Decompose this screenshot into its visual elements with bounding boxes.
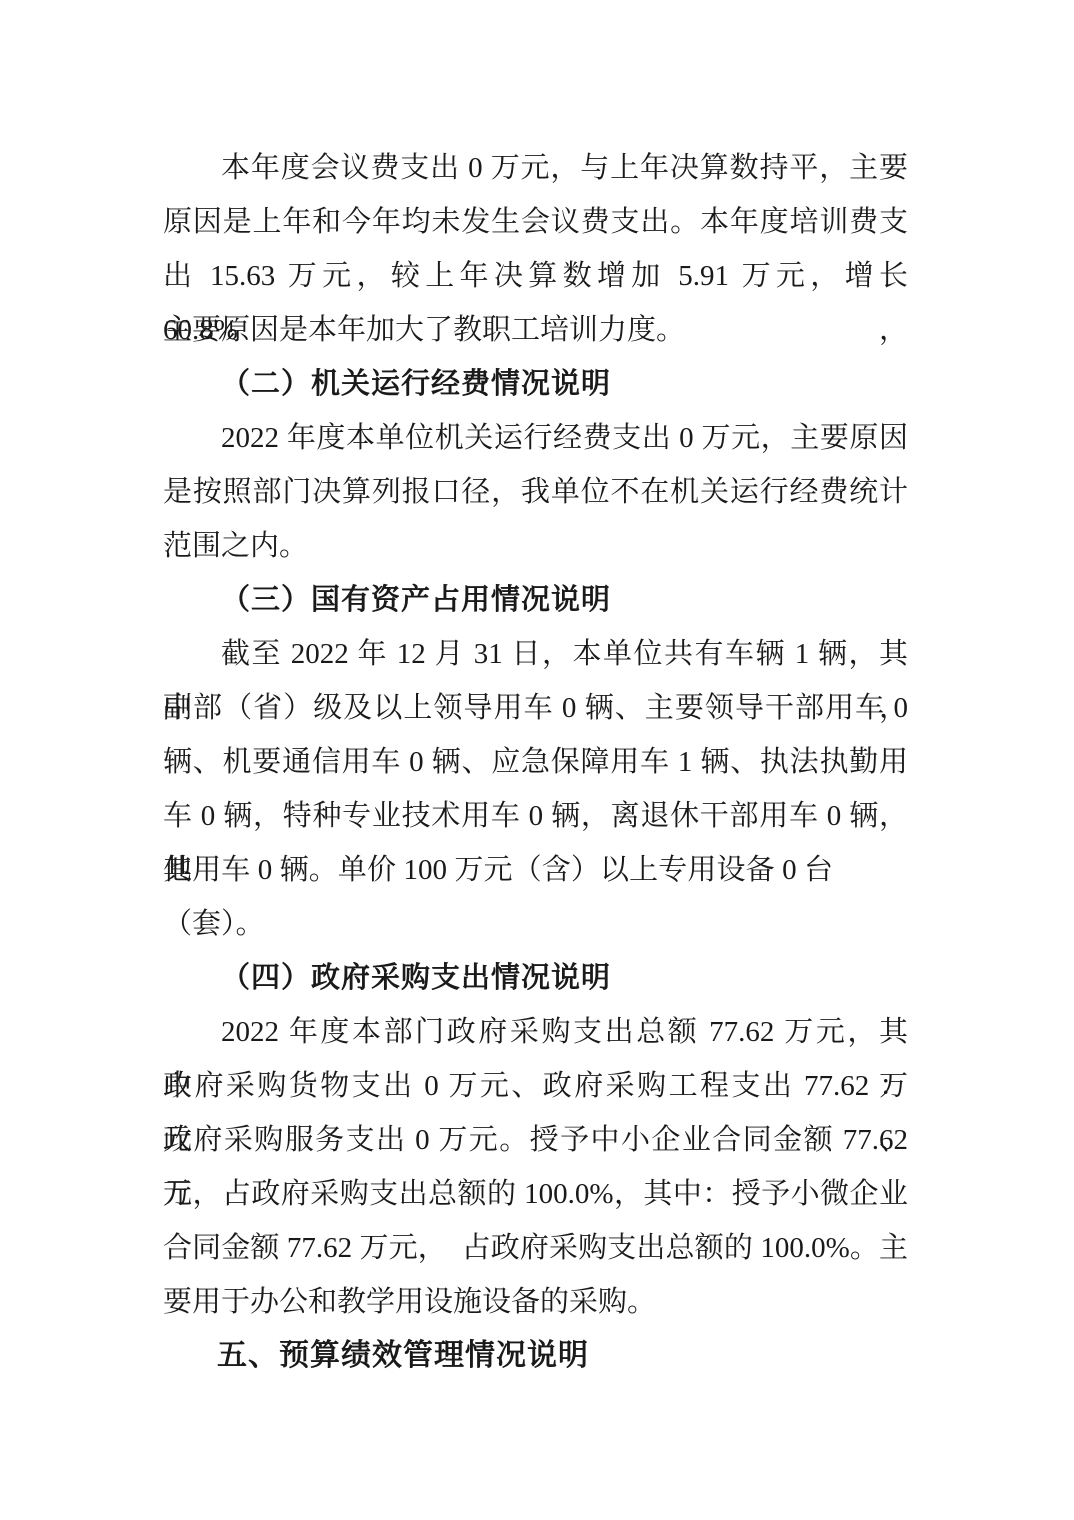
body-line: 本年度会议费支出 0 万元，与上年决算数持平，主要 <box>163 141 908 195</box>
body-line: 原因是上年和今年均未发生会议费支出。本年度培训费支 <box>163 195 908 249</box>
body-line: 政府采购货物支出 0 万元、政府采购工程支出 77.62 万元、 <box>163 1059 908 1113</box>
heading-chapter-5: 五、预算绩效管理情况说明 <box>163 1329 908 1383</box>
body-line: 车 0 辆，特种专业技术用车 0 辆，离退休干部用车 0 辆，其 <box>163 789 908 843</box>
heading-section-3: （三）国有资产占用情况说明 <box>163 573 908 627</box>
body-line: 2022 年度本部门政府采购支出总额 77.62 万元，其中： <box>163 1005 908 1059</box>
body-line: 合同金额 77.62 万元， 占政府采购支出总额的 100.0%。主 <box>163 1221 908 1275</box>
body-line: 副部（省）级及以上领导用车 0 辆、主要领导干部用车 0 <box>163 681 908 735</box>
body-line: 2022 年度本单位机关运行经费支出 0 万元，主要原因 <box>163 411 908 465</box>
body-line: 范围之内。 <box>163 519 908 573</box>
heading-section-2: （二）机关运行经费情况说明 <box>163 357 908 411</box>
document-page: 本年度会议费支出 0 万元，与上年决算数持平，主要 原因是上年和今年均未发生会议… <box>0 0 1074 1520</box>
body-line: 他用车 0 辆。单价 100 万元（含）以上专用设备 0 台 <box>163 843 833 897</box>
body-line: 是按照部门决算列报口径，我单位不在机关运行经费统计 <box>163 465 908 519</box>
body-line: 出 15.63 万元，较上年决算数增加 5.91 万元，增长 60.8%， <box>163 249 908 303</box>
body-line: 政府采购服务支出 0 万元。授予中小企业合同金额 77.62 万 <box>163 1113 908 1167</box>
heading-section-4: （四）政府采购支出情况说明 <box>163 951 908 1005</box>
body-line: 截至 2022 年 12 月 31 日，本单位共有车辆 1 辆，其中， <box>163 627 908 681</box>
body-line: （套）。 <box>163 897 908 951</box>
document-text-block: 本年度会议费支出 0 万元，与上年决算数持平，主要 原因是上年和今年均未发生会议… <box>163 141 908 1383</box>
body-line: 要用于办公和教学用设施设备的采购。 <box>163 1275 908 1329</box>
body-line: 元，占政府采购支出总额的 100.0%，其中：授予小微企业 <box>163 1167 908 1221</box>
body-line: 辆、机要通信用车 0 辆、应急保障用车 1 辆、执法执勤用 <box>163 735 908 789</box>
